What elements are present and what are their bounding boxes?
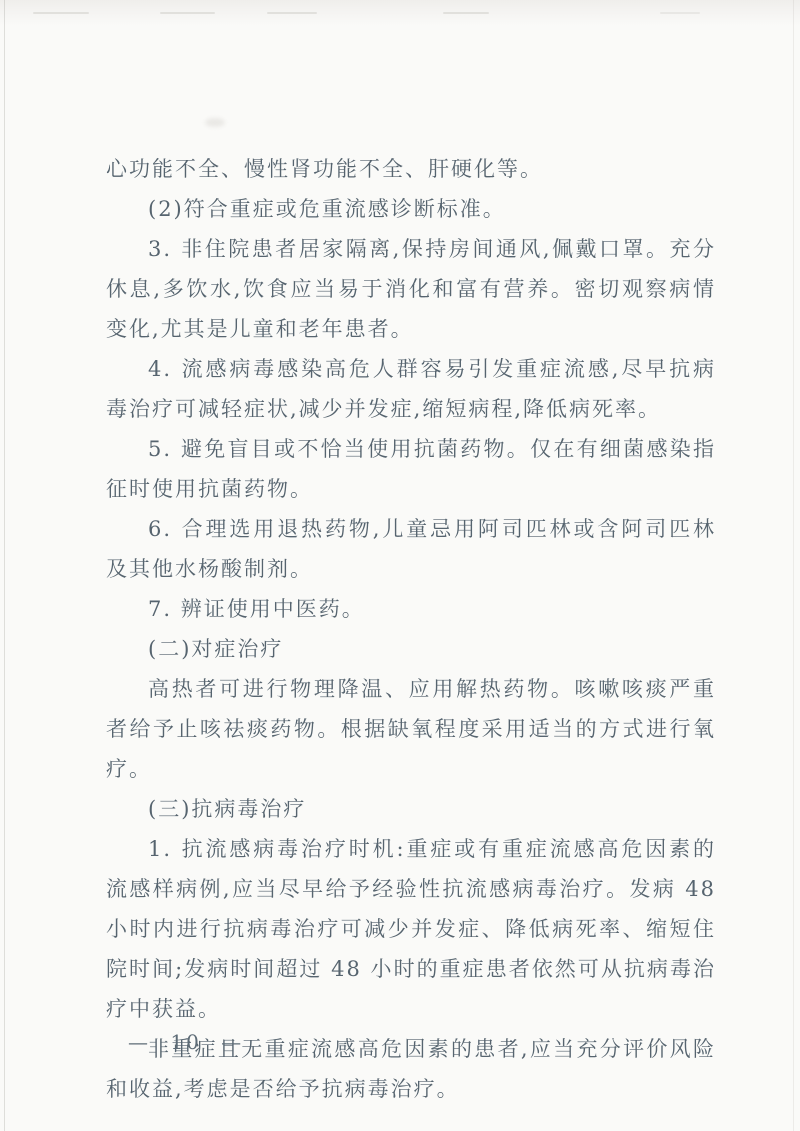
scan-artifact-line: [160, 12, 215, 14]
paragraph: (三)抗病毒治疗: [106, 789, 716, 829]
paragraph: 3. 非住院患者居家隔离,保持房间通风,佩戴口罩。充分休息,多饮水,饮食应当易于…: [106, 229, 716, 349]
scan-artifact-right-edge: [793, 0, 794, 1131]
page-number-footer: — 10 —: [128, 1030, 244, 1054]
scan-artifact-line: [443, 12, 489, 14]
document-body: 心功能不全、慢性肾功能不全、肝硬化等。(2)符合重症或危重流感诊断标准。3. 非…: [106, 149, 716, 1109]
scanned-document-page: 心功能不全、慢性肾功能不全、肝硬化等。(2)符合重症或危重流感诊断标准。3. 非…: [0, 0, 800, 1131]
scan-artifact-line: [660, 12, 700, 14]
paragraph: 心功能不全、慢性肾功能不全、肝硬化等。: [106, 149, 716, 189]
scan-artifact-left-edge: [4, 0, 5, 1131]
paragraph: 高热者可进行物理降温、应用解热药物。咳嗽咳痰严重者给予止咳祛痰药物。根据缺氧程度…: [106, 669, 716, 789]
paragraph: (2)符合重症或危重流感诊断标准。: [106, 189, 716, 229]
paragraph: 7. 辨证使用中医药。: [106, 589, 716, 629]
paragraph: 5. 避免盲目或不恰当使用抗菌药物。仅在有细菌感染指征时使用抗菌药物。: [106, 429, 716, 509]
scan-artifact-line: [33, 12, 89, 14]
paragraph: 1. 抗流感病毒治疗时机:重症或有重症流感高危因素的流感样病例,应当尽早给予经验…: [106, 829, 716, 1029]
scan-artifact-line: [267, 12, 317, 14]
scan-artifact-top-band: [0, 0, 800, 26]
paragraph: 6. 合理选用退热药物,儿童忌用阿司匹林或含阿司匹林及其他水杨酸制剂。: [106, 509, 716, 589]
scan-artifact-smudge: [205, 118, 225, 127]
paragraph: (二)对症治疗: [106, 629, 716, 669]
paragraph: 4. 流感病毒感染高危人群容易引发重症流感,尽早抗病毒治疗可减轻症状,减少并发症…: [106, 349, 716, 429]
